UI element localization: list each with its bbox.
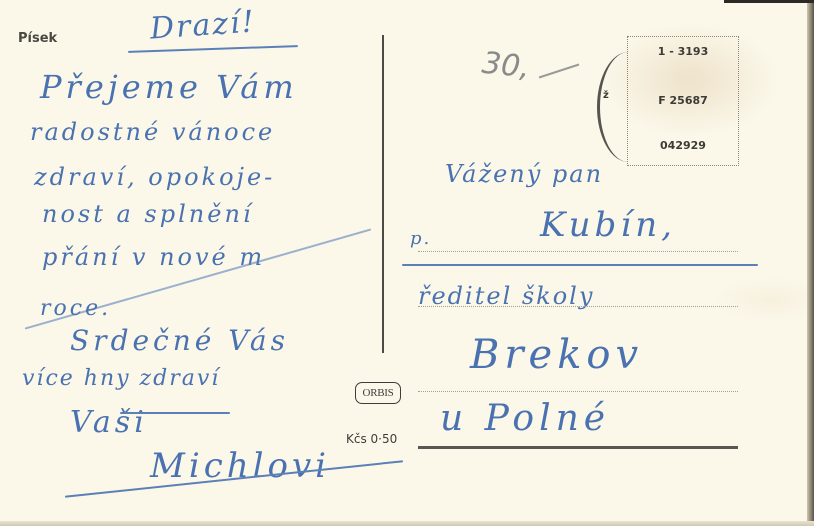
center-divider (382, 35, 384, 353)
postcard: Písek Drazí! Přejeme Vám radostné vánoce… (0, 0, 808, 522)
stamp-number: 042929 (628, 139, 738, 152)
message-line: nost a splnění (42, 200, 254, 228)
message-line: Srdečné Vás (70, 324, 289, 357)
address-line (418, 306, 738, 307)
message-greeting: Drazí! (149, 4, 257, 46)
stamp-number: F 25687 (628, 94, 738, 107)
card-edge (724, 0, 814, 3)
address-ink-underline (402, 264, 758, 266)
address-prefix: p. (410, 228, 431, 249)
message-line: více hny zdraví (22, 366, 220, 391)
message-line: Přejeme Vám (40, 68, 298, 106)
message-line: zdraví, opokoje- (34, 163, 275, 191)
price-label: Kčs 0·50 (346, 432, 397, 446)
place-name: Písek (18, 31, 57, 46)
message-line: Vaši (70, 405, 148, 440)
message-signature: Michlovi (150, 446, 330, 486)
card-edge (0, 521, 814, 526)
address-name: Kubín, (540, 205, 676, 245)
publisher-logo: ORBIS (355, 382, 401, 404)
stamp-number: 1 - 3193 (628, 45, 738, 58)
ink-flourish (120, 412, 230, 414)
address-baseline (418, 446, 738, 449)
address-line (418, 391, 738, 392)
postmark-mark: ž (603, 90, 609, 101)
message-line: přání v nové m (42, 243, 265, 271)
address-town: Brekov (470, 332, 643, 378)
address-region: u Polné (440, 398, 610, 439)
message-line: radostné vánoce (30, 118, 275, 146)
card-edge (807, 0, 814, 526)
message-line: roce. (40, 296, 111, 321)
address-line (418, 251, 738, 252)
pencil-dash (539, 64, 580, 79)
pencil-note: 30, (480, 46, 531, 86)
stamp-box: 1 - 3193 F 25687 042929 (627, 36, 739, 166)
address-salutation: Vážený pan (445, 160, 603, 188)
